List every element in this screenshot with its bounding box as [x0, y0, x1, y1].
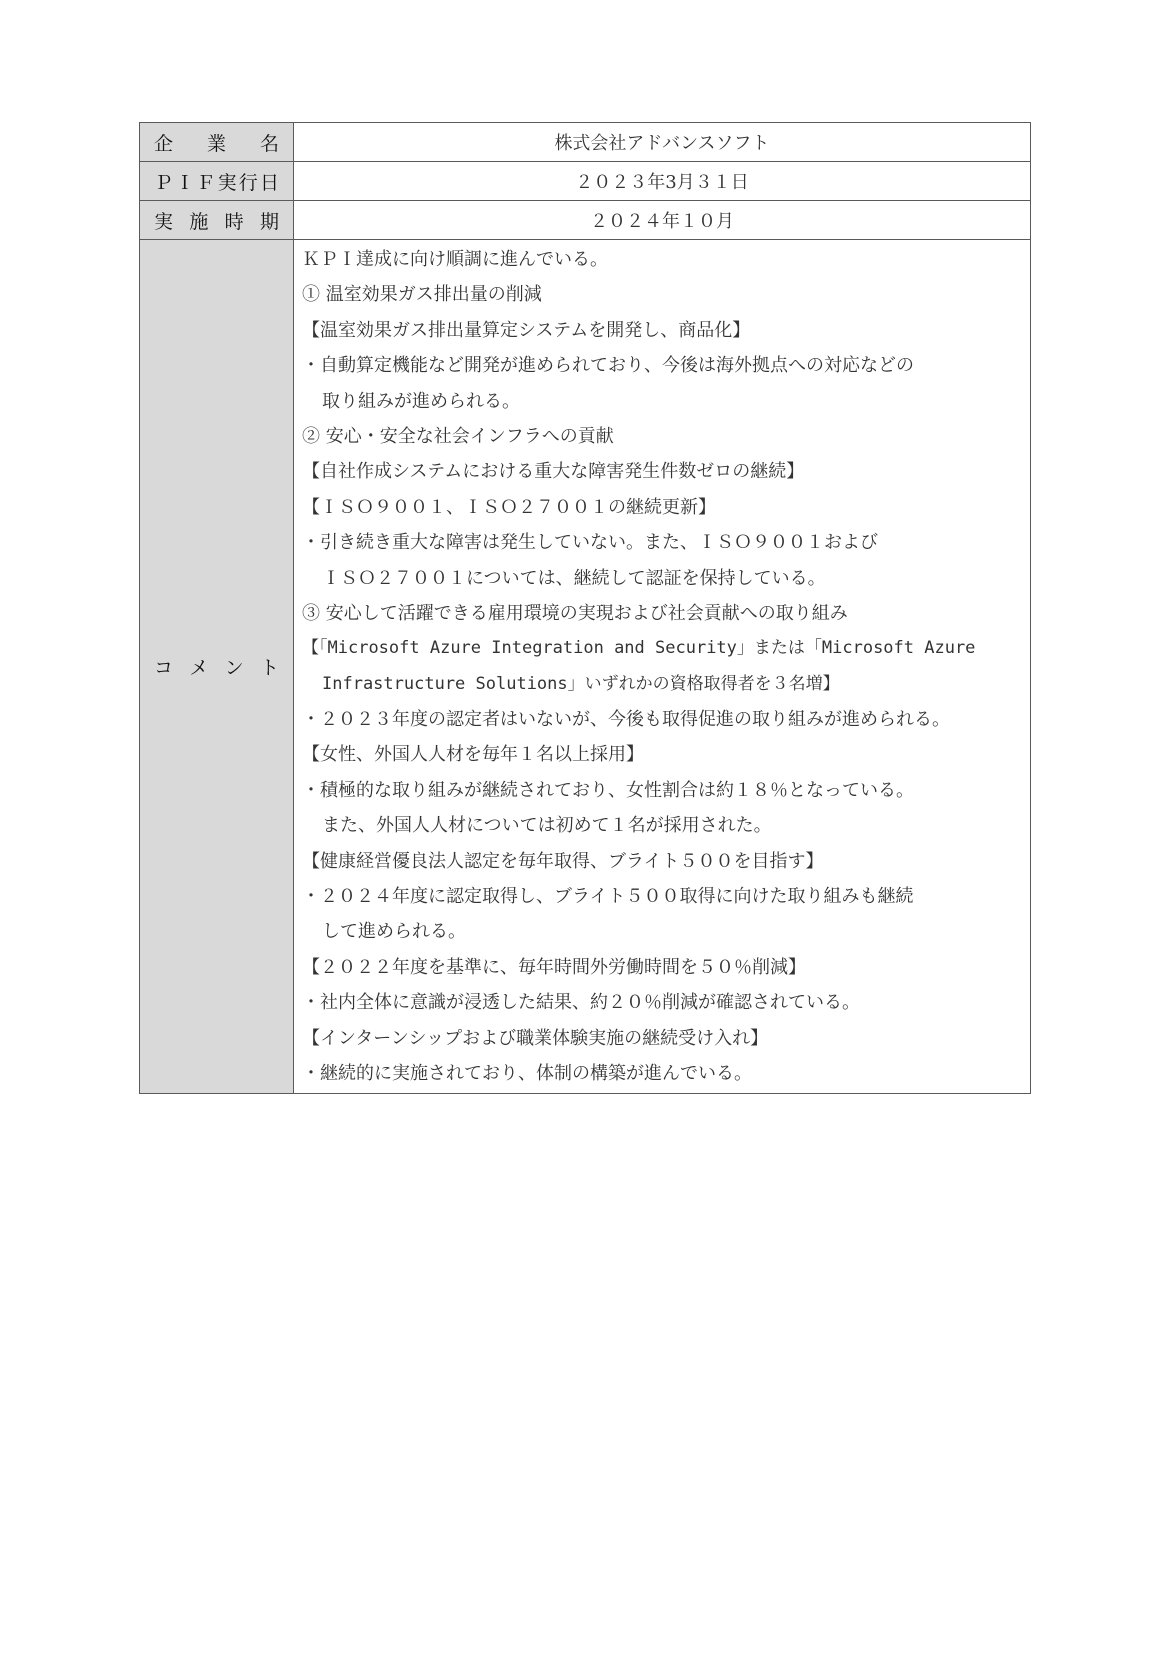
kpi-heading: 【自社作成システムにおける重大な障害発生件数ゼロの継続】	[302, 454, 1024, 489]
label-char: 日	[260, 168, 279, 195]
label-char: 実	[218, 168, 237, 195]
label-char: 企	[154, 129, 173, 156]
label-char: Ｐ	[154, 168, 173, 195]
label-char: コ	[154, 653, 173, 680]
label-char: 業	[207, 129, 226, 156]
label-char: 施	[189, 207, 208, 234]
label-char: Ｆ	[196, 168, 215, 195]
implementation-period-value: ２０２４年１０月	[294, 201, 1031, 240]
comment-line: して進められる。	[302, 914, 1024, 949]
kpi-heading: 【インターンシップおよび職業体験実施の継続受け入れ】	[302, 1021, 1024, 1056]
kpi-heading: 【女性、外国人人材を毎年１名以上採用】	[302, 737, 1024, 772]
section-heading: ③ 安心して活躍できる雇用環境の実現および社会貢献への取り組み	[302, 596, 1024, 631]
comment-body: ＫＰＩ達成に向け順調に進んでいる。 ① 温室効果ガス排出量の削減 【温室効果ガス…	[294, 240, 1031, 1094]
section-heading: ① 温室効果ガス排出量の削減	[302, 277, 1024, 312]
pif-monitoring-table: 企 業 名 株式会社アドバンスソフト Ｐ Ｉ Ｆ 実 行 日 ２０２３年3月３１…	[139, 122, 1031, 1094]
company-name-row: 企 業 名 株式会社アドバンスソフト	[140, 123, 1031, 162]
comment-line: ・引き続き重大な障害は発生していない。また、ＩＳＯ９００１および	[302, 525, 1024, 560]
kpi-heading: 【温室効果ガス排出量算定システムを開発し、商品化】	[302, 313, 1024, 348]
label-char: ン	[225, 653, 244, 680]
implementation-period-label: 実 施 時 期	[140, 201, 294, 240]
comment-line: ・自動算定機能など開発が進められており、今後は海外拠点への対応などの	[302, 348, 1024, 383]
comment-line: ・２０２４年度に認定取得し、ブライト５００取得に向けた取り組みも継続	[302, 879, 1024, 914]
company-name-label: 企 業 名	[140, 123, 294, 162]
kpi-heading: Infrastructure Solutions」いずれかの資格取得者を３名増】	[302, 667, 1024, 702]
comment-label: コ メ ン ト	[140, 240, 294, 1094]
label-char: 実	[154, 207, 173, 234]
kpi-heading: 【ＩＳＯ９００１、ＩＳＯ２７００１の継続更新】	[302, 490, 1024, 525]
company-name-value: 株式会社アドバンスソフト	[294, 123, 1031, 162]
kpi-heading: 【「Microsoft Azure Integration and Securi…	[302, 631, 1024, 666]
comment-line: ＫＰＩ達成に向け順調に進んでいる。	[302, 242, 1024, 277]
section-heading: ② 安心・安全な社会インフラへの貢献	[302, 419, 1024, 454]
comment-line: ・２０２３年度の認定者はいないが、今後も取得促進の取り組みが進められる。	[302, 702, 1024, 737]
kpi-heading: 【健康経営優良法人認定を毎年取得、ブライト５００を目指す】	[302, 844, 1024, 879]
kpi-heading: 【２０２２年度を基準に、毎年時間外労働時間を５０％削減】	[302, 950, 1024, 985]
comment-line: ・積極的な取り組みが継続されており、女性割合は約１８％となっている。	[302, 773, 1024, 808]
label-char: ト	[260, 653, 279, 680]
pif-date-row: Ｐ Ｉ Ｆ 実 行 日 ２０２３年3月３１日	[140, 162, 1031, 201]
implementation-period-row: 実 施 時 期 ２０２４年１０月	[140, 201, 1031, 240]
pif-date-label: Ｐ Ｉ Ｆ 実 行 日	[140, 162, 294, 201]
label-char: 時	[225, 207, 244, 234]
label-char: 名	[260, 129, 279, 156]
comment-line: ＩＳＯ２７００１については、継続して認証を保持している。	[302, 561, 1024, 596]
pif-date-value: ２０２３年3月３１日	[294, 162, 1031, 201]
comment-line: ・継続的に実施されており、体制の構築が進んでいる。	[302, 1056, 1024, 1091]
comment-line: また、外国人人材については初めて１名が採用された。	[302, 808, 1024, 843]
label-char: Ｉ	[175, 168, 194, 195]
comment-line: 取り組みが進められる。	[302, 384, 1024, 419]
label-char: 期	[260, 207, 279, 234]
label-char: メ	[189, 653, 208, 680]
comment-row: コ メ ン ト ＫＰＩ達成に向け順調に進んでいる。 ① 温室効果ガス排出量の削減…	[140, 240, 1031, 1094]
label-char: 行	[239, 168, 258, 195]
comment-line: ・社内全体に意識が浸透した結果、約２０％削減が確認されている。	[302, 985, 1024, 1020]
